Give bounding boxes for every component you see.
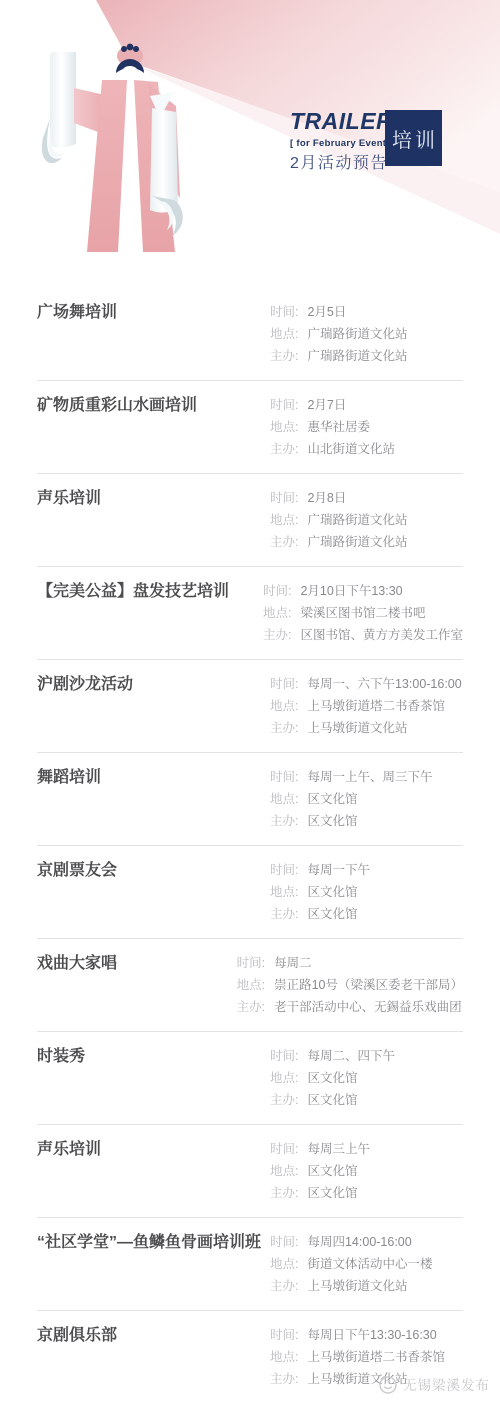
place-value: 区文化馆 bbox=[307, 881, 357, 903]
event-details: 时间: 每周四14:00-16:00 地点: 街道文体活动中心一楼 主办: 上马… bbox=[270, 1231, 463, 1297]
place-value: 惠华社居委 bbox=[307, 416, 370, 438]
time-line: 时间: 每周一、六下午13:00-16:00 bbox=[270, 673, 463, 695]
host-value: 山北街道文化站 bbox=[307, 438, 395, 460]
time-label: 时间: bbox=[270, 1231, 298, 1253]
time-value: 2月5日 bbox=[307, 301, 346, 323]
event-row: 舞蹈培训 时间: 每周一上午、周三下午 地点: 区文化馆 主办: 区文化馆 bbox=[0, 753, 500, 845]
event-row: 【完美公益】盘发技艺培训 时间: 2月10日下午13:30 地点: 梁溪区图书馆… bbox=[0, 567, 500, 659]
host-line: 主办: 区文化馆 bbox=[270, 903, 463, 925]
time-value: 每周四14:00-16:00 bbox=[307, 1231, 411, 1253]
event-details: 时间: 每周二、四下午 地点: 区文化馆 主办: 区文化馆 bbox=[270, 1045, 463, 1111]
time-line: 时间: 每周一上午、周三下午 bbox=[270, 766, 463, 788]
host-line: 主办: 区文化馆 bbox=[270, 810, 463, 832]
host-line: 主办: 区文化馆 bbox=[270, 1089, 463, 1111]
time-label: 时间: bbox=[270, 1045, 298, 1067]
event-details: 时间: 2月10日下午13:30 地点: 梁溪区图书馆二楼书吧 主办: 区图书馆… bbox=[263, 580, 463, 646]
time-line: 时间: 每周二、四下午 bbox=[270, 1045, 463, 1067]
host-line: 主办: 上马墩街道文化站 bbox=[270, 717, 463, 739]
time-label: 时间: bbox=[270, 766, 298, 788]
place-line: 地点: 惠华社居委 bbox=[270, 416, 463, 438]
host-value: 老干部活动中心、无錫益乐戏曲团 bbox=[274, 996, 462, 1018]
event-title: 声乐培训 bbox=[37, 487, 270, 553]
host-label: 主办: bbox=[270, 1275, 298, 1297]
poster-page: TRAILER [ for February Event ] 2月活动预告 培训… bbox=[0, 0, 500, 1408]
event-details: 时间: 2月7日 地点: 惠华社居委 主办: 山北街道文化站 bbox=[270, 394, 463, 460]
event-row: 矿物质重彩山水画培训 时间: 2月7日 地点: 惠华社居委 主办: 山北街道文化… bbox=[0, 381, 500, 473]
place-label: 地点: bbox=[270, 881, 298, 903]
place-label: 地点: bbox=[270, 509, 298, 531]
host-value: 区文化馆 bbox=[307, 1182, 357, 1204]
event-title: 京剧票友会 bbox=[37, 859, 270, 925]
time-label: 时间: bbox=[270, 394, 298, 416]
watermark-logo smiley-face-icon bbox=[377, 1373, 399, 1395]
event-title: 京剧俱乐部 bbox=[37, 1324, 270, 1390]
place-line: 地点: 区文化馆 bbox=[270, 881, 463, 903]
place-value: 上马墩街道塔二书香茶馆 bbox=[307, 1346, 445, 1368]
place-line: 地点: 区文化馆 bbox=[270, 1067, 463, 1089]
time-line: 时间: 每周日下午13:30-16:30 bbox=[270, 1324, 463, 1346]
event-list: 广场舞培训 时间: 2月5日 地点: 广瑞路街道文化站 主办: 广瑞路街道文化站… bbox=[0, 288, 500, 1403]
host-value: 广瑞路街道文化站 bbox=[307, 531, 407, 553]
time-line: 时间: 每周二 bbox=[237, 952, 463, 974]
time-label: 时间: bbox=[270, 1138, 298, 1160]
host-value: 广瑞路街道文化站 bbox=[307, 345, 407, 367]
time-line: 时间: 2月7日 bbox=[270, 394, 463, 416]
category-badge: 培训 bbox=[385, 110, 442, 166]
time-line: 时间: 2月8日 bbox=[270, 487, 463, 509]
host-value: 区文化馆 bbox=[307, 1089, 357, 1111]
place-label: 地点: bbox=[270, 1346, 298, 1368]
place-line: 地点: 街道文体活动中心一楼 bbox=[270, 1253, 463, 1275]
place-label: 地点: bbox=[270, 1253, 298, 1275]
event-title: 声乐培训 bbox=[37, 1138, 270, 1204]
time-line: 时间: 每周四14:00-16:00 bbox=[270, 1231, 463, 1253]
event-title: 沪剧沙龙活动 bbox=[37, 673, 270, 739]
host-value: 上马墩街道文化站 bbox=[307, 717, 407, 739]
place-line: 地点: 上马墩街道塔二书香茶馆 bbox=[270, 695, 463, 717]
event-row: 时装秀 时间: 每周二、四下午 地点: 区文化馆 主办: 区文化馆 bbox=[0, 1032, 500, 1124]
time-label: 时间: bbox=[270, 487, 298, 509]
place-line: 地点: 梁溪区图书馆二楼书吧 bbox=[263, 602, 463, 624]
host-line: 主办: 山北街道文化站 bbox=[270, 438, 463, 460]
place-line: 地点: 崇正路10号（梁溪区委老干部局） bbox=[237, 974, 463, 996]
event-row: 广场舞培训 时间: 2月5日 地点: 广瑞路街道文化站 主办: 广瑞路街道文化站 bbox=[0, 288, 500, 380]
host-line: 主办: 区图书馆、黄方方美发工作室 bbox=[263, 624, 463, 646]
host-label: 主办: bbox=[270, 717, 298, 739]
time-value: 每周一、六下午13:00-16:00 bbox=[307, 673, 461, 695]
place-label: 地点: bbox=[237, 974, 265, 996]
host-line: 主办: 区文化馆 bbox=[270, 1182, 463, 1204]
event-row: 声乐培训 时间: 2月8日 地点: 广瑞路街道文化站 主办: 广瑞路街道文化站 bbox=[0, 474, 500, 566]
place-value: 崇正路10号（梁溪区委老干部局） bbox=[274, 974, 463, 996]
time-label: 时间: bbox=[270, 859, 298, 881]
event-details: 时间: 2月8日 地点: 广瑞路街道文化站 主办: 广瑞路街道文化站 bbox=[270, 487, 463, 553]
place-label: 地点: bbox=[270, 323, 298, 345]
time-label: 时间: bbox=[270, 1324, 298, 1346]
event-details: 时间: 每周二 地点: 崇正路10号（梁溪区委老干部局） 主办: 老干部活动中心… bbox=[237, 952, 463, 1018]
host-label: 主办: bbox=[270, 1368, 298, 1390]
time-value: 每周二 bbox=[274, 952, 312, 974]
event-title: 【完美公益】盘发技艺培训 bbox=[37, 580, 263, 646]
host-line: 主办: 老干部活动中心、无錫益乐戏曲团 bbox=[237, 996, 463, 1018]
event-title: “社区学堂”—鱼鳞鱼骨画培训班 bbox=[37, 1231, 270, 1297]
event-title: 矿物质重彩山水画培训 bbox=[37, 394, 270, 460]
host-value: 区文化馆 bbox=[307, 903, 357, 925]
host-value: 区图书馆、黄方方美发工作室 bbox=[300, 624, 463, 646]
place-value: 区文化馆 bbox=[307, 788, 357, 810]
watermark-text: 无锡梁溪发布 bbox=[403, 1374, 490, 1394]
event-details: 时间: 2月5日 地点: 广瑞路街道文化站 主办: 广瑞路街道文化站 bbox=[270, 301, 463, 367]
event-row: 沪剧沙龙活动 时间: 每周一、六下午13:00-16:00 地点: 上马墩街道塔… bbox=[0, 660, 500, 752]
event-details: 时间: 每周三上午 地点: 区文化馆 主办: 区文化馆 bbox=[270, 1138, 463, 1204]
event-details: 时间: 每周一下午 地点: 区文化馆 主办: 区文化馆 bbox=[270, 859, 463, 925]
host-label: 主办: bbox=[270, 1089, 298, 1111]
time-line: 时间: 2月5日 bbox=[270, 301, 463, 323]
place-value: 区文化馆 bbox=[307, 1160, 357, 1182]
brand-subtitle-en: [ for February Event ] bbox=[290, 139, 393, 149]
event-title: 戏曲大家唱 bbox=[37, 952, 237, 1018]
place-value: 区文化馆 bbox=[307, 1067, 357, 1089]
place-line: 地点: 广瑞路街道文化站 bbox=[270, 509, 463, 531]
time-value: 2月10日下午13:30 bbox=[300, 580, 402, 602]
left-scroll bbox=[42, 52, 76, 163]
event-title: 时装秀 bbox=[37, 1045, 270, 1111]
time-value: 每周二、四下午 bbox=[307, 1045, 395, 1067]
brand-subtitle-cn: 2月活动预告 bbox=[290, 156, 393, 172]
time-value: 每周三上午 bbox=[307, 1138, 370, 1160]
place-label: 地点: bbox=[270, 1160, 298, 1182]
host-line: 主办: 广瑞路街道文化站 bbox=[270, 345, 463, 367]
event-details: 时间: 每周一上午、周三下午 地点: 区文化馆 主办: 区文化馆 bbox=[270, 766, 463, 832]
time-value: 每周一上午、周三下午 bbox=[307, 766, 432, 788]
host-label: 主办: bbox=[263, 624, 291, 646]
time-value: 2月7日 bbox=[307, 394, 346, 416]
host-label: 主办: bbox=[270, 531, 298, 553]
host-line: 主办: 广瑞路街道文化站 bbox=[270, 531, 463, 553]
time-label: 时间: bbox=[237, 952, 265, 974]
place-label: 地点: bbox=[270, 416, 298, 438]
host-label: 主办: bbox=[270, 903, 298, 925]
time-label: 时间: bbox=[270, 673, 298, 695]
brand-title: TRAILER bbox=[290, 110, 393, 133]
time-label: 时间: bbox=[270, 301, 298, 323]
place-label: 地点: bbox=[263, 602, 291, 624]
host-label: 主办: bbox=[270, 1182, 298, 1204]
event-row: 声乐培训 时间: 每周三上午 地点: 区文化馆 主办: 区文化馆 bbox=[0, 1125, 500, 1217]
place-value: 梁溪区图书馆二楼书吧 bbox=[300, 602, 425, 624]
place-label: 地点: bbox=[270, 695, 298, 717]
place-value: 街道文体活动中心一楼 bbox=[307, 1253, 432, 1275]
place-line: 地点: 区文化馆 bbox=[270, 1160, 463, 1182]
poster-header: TRAILER [ for February Event ] 2月活动预告 培训 bbox=[0, 0, 500, 288]
time-line: 时间: 每周一下午 bbox=[270, 859, 463, 881]
time-line: 时间: 2月10日下午13:30 bbox=[263, 580, 463, 602]
event-row: “社区学堂”—鱼鳞鱼骨画培训班 时间: 每周四14:00-16:00 地点: 街… bbox=[0, 1218, 500, 1310]
place-value: 广瑞路街道文化站 bbox=[307, 323, 407, 345]
host-value: 区文化馆 bbox=[307, 810, 357, 832]
time-label: 时间: bbox=[263, 580, 291, 602]
place-value: 上马墩街道塔二书香茶馆 bbox=[307, 695, 445, 717]
host-label: 主办: bbox=[237, 996, 265, 1018]
host-label: 主办: bbox=[270, 810, 298, 832]
event-title: 广场舞培训 bbox=[37, 301, 270, 367]
event-row: 戏曲大家唱 时间: 每周二 地点: 崇正路10号（梁溪区委老干部局） 主办: 老… bbox=[0, 939, 500, 1031]
time-value: 每周一下午 bbox=[307, 859, 370, 881]
place-line: 地点: 上马墩街道塔二书香茶馆 bbox=[270, 1346, 463, 1368]
host-label: 主办: bbox=[270, 438, 298, 460]
time-value: 每周日下午13:30-16:30 bbox=[307, 1324, 436, 1346]
brand-block: TRAILER [ for February Event ] 2月活动预告 bbox=[290, 110, 393, 172]
event-row: 京剧票友会 时间: 每周一下午 地点: 区文化馆 主办: 区文化馆 bbox=[0, 846, 500, 938]
watermark: 无锡梁溪发布 bbox=[377, 1373, 490, 1395]
event-details: 时间: 每周一、六下午13:00-16:00 地点: 上马墩街道塔二书香茶馆 主… bbox=[270, 673, 463, 739]
time-value: 2月8日 bbox=[307, 487, 346, 509]
place-value: 广瑞路街道文化站 bbox=[307, 509, 407, 531]
place-label: 地点: bbox=[270, 788, 298, 810]
host-value: 上马墩街道文化站 bbox=[307, 1275, 407, 1297]
time-line: 时间: 每周三上午 bbox=[270, 1138, 463, 1160]
place-label: 地点: bbox=[270, 1067, 298, 1089]
place-line: 地点: 区文化馆 bbox=[270, 788, 463, 810]
host-line: 主办: 上马墩街道文化站 bbox=[270, 1275, 463, 1297]
event-title: 舞蹈培训 bbox=[37, 766, 270, 832]
host-label: 主办: bbox=[270, 345, 298, 367]
place-line: 地点: 广瑞路街道文化站 bbox=[270, 323, 463, 345]
